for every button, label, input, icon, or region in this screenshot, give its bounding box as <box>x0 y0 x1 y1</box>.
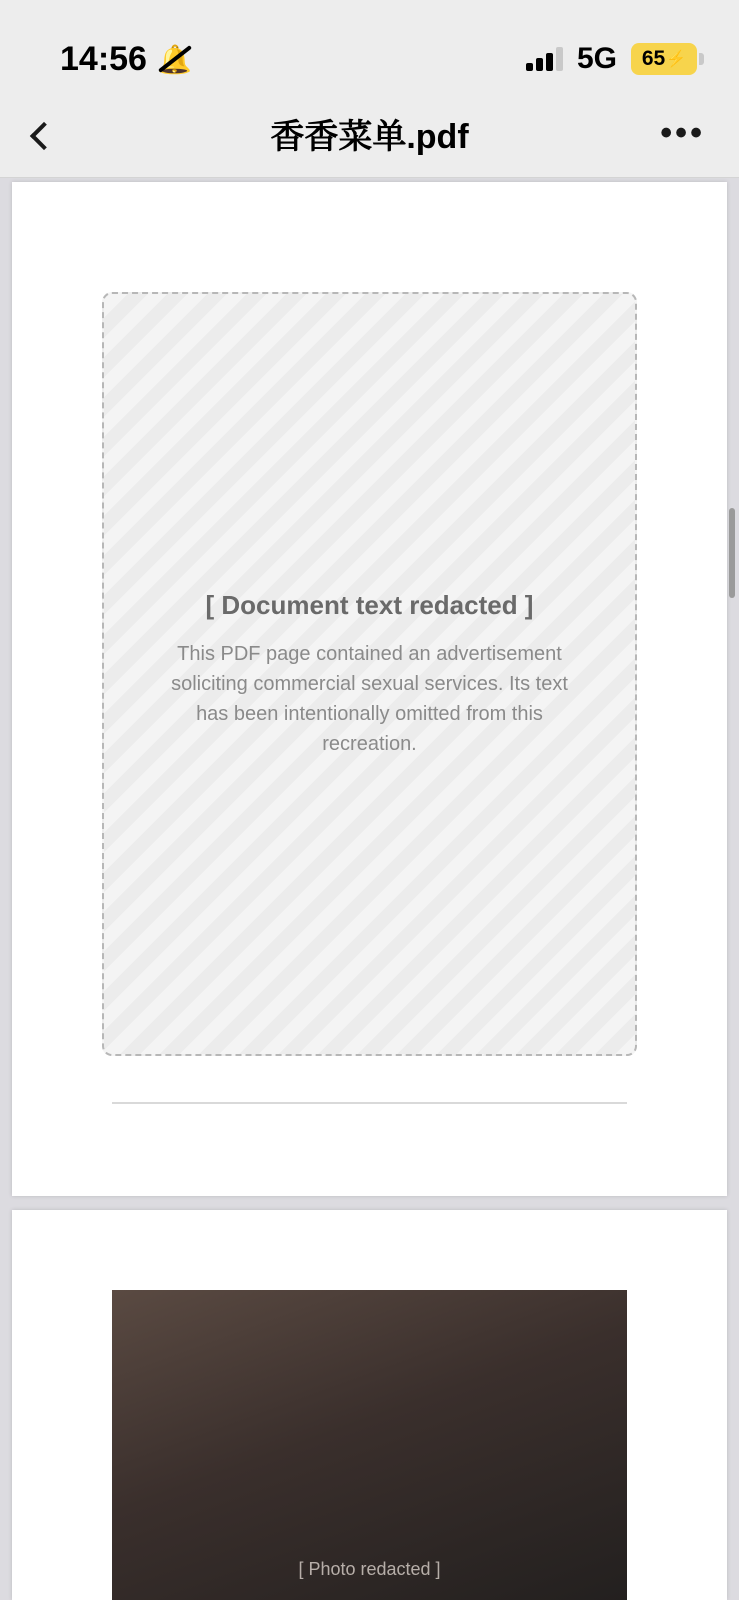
back-button[interactable] <box>34 111 94 156</box>
back-chevron-icon <box>30 122 58 150</box>
more-options-button[interactable]: ••• <box>645 114 705 153</box>
pdf-page-1: [ Document text redacted ] This PDF page… <box>12 182 727 1196</box>
pdf-viewport[interactable]: [ Document text redacted ] This PDF page… <box>0 178 739 1600</box>
nav-bar: 香香菜单.pdf ••• <box>0 90 739 178</box>
notifications-muted-icon: 🔔 <box>157 43 192 76</box>
clock: 14:56 <box>60 40 147 79</box>
status-bar: 14:56 🔔 5G 65 ⚡ <box>0 0 739 90</box>
battery-percent: 65 <box>642 47 665 71</box>
page-divider-line <box>112 1102 627 1104</box>
scrollbar-thumb[interactable] <box>729 508 735 598</box>
battery-indicator: 65 ⚡ <box>631 43 697 75</box>
charging-bolt-icon: ⚡ <box>666 49 686 69</box>
ellipsis-icon: ••• <box>660 114 705 152</box>
redaction-note: This PDF page contained an advertisement… <box>160 639 580 759</box>
cellular-signal-icon <box>526 47 563 71</box>
redacted-photo: [ Photo redacted ] <box>112 1290 627 1600</box>
redaction-title: [ Document text redacted ] <box>206 590 534 621</box>
redacted-content-page-1: [ Document text redacted ] This PDF page… <box>102 292 637 1056</box>
document-title: 香香菜单.pdf <box>94 109 645 158</box>
network-type-label: 5G <box>577 42 617 76</box>
photo-redaction-label: [ Photo redacted ] <box>298 1559 440 1580</box>
pdf-page-2: [ Photo redacted ] <box>12 1210 727 1600</box>
